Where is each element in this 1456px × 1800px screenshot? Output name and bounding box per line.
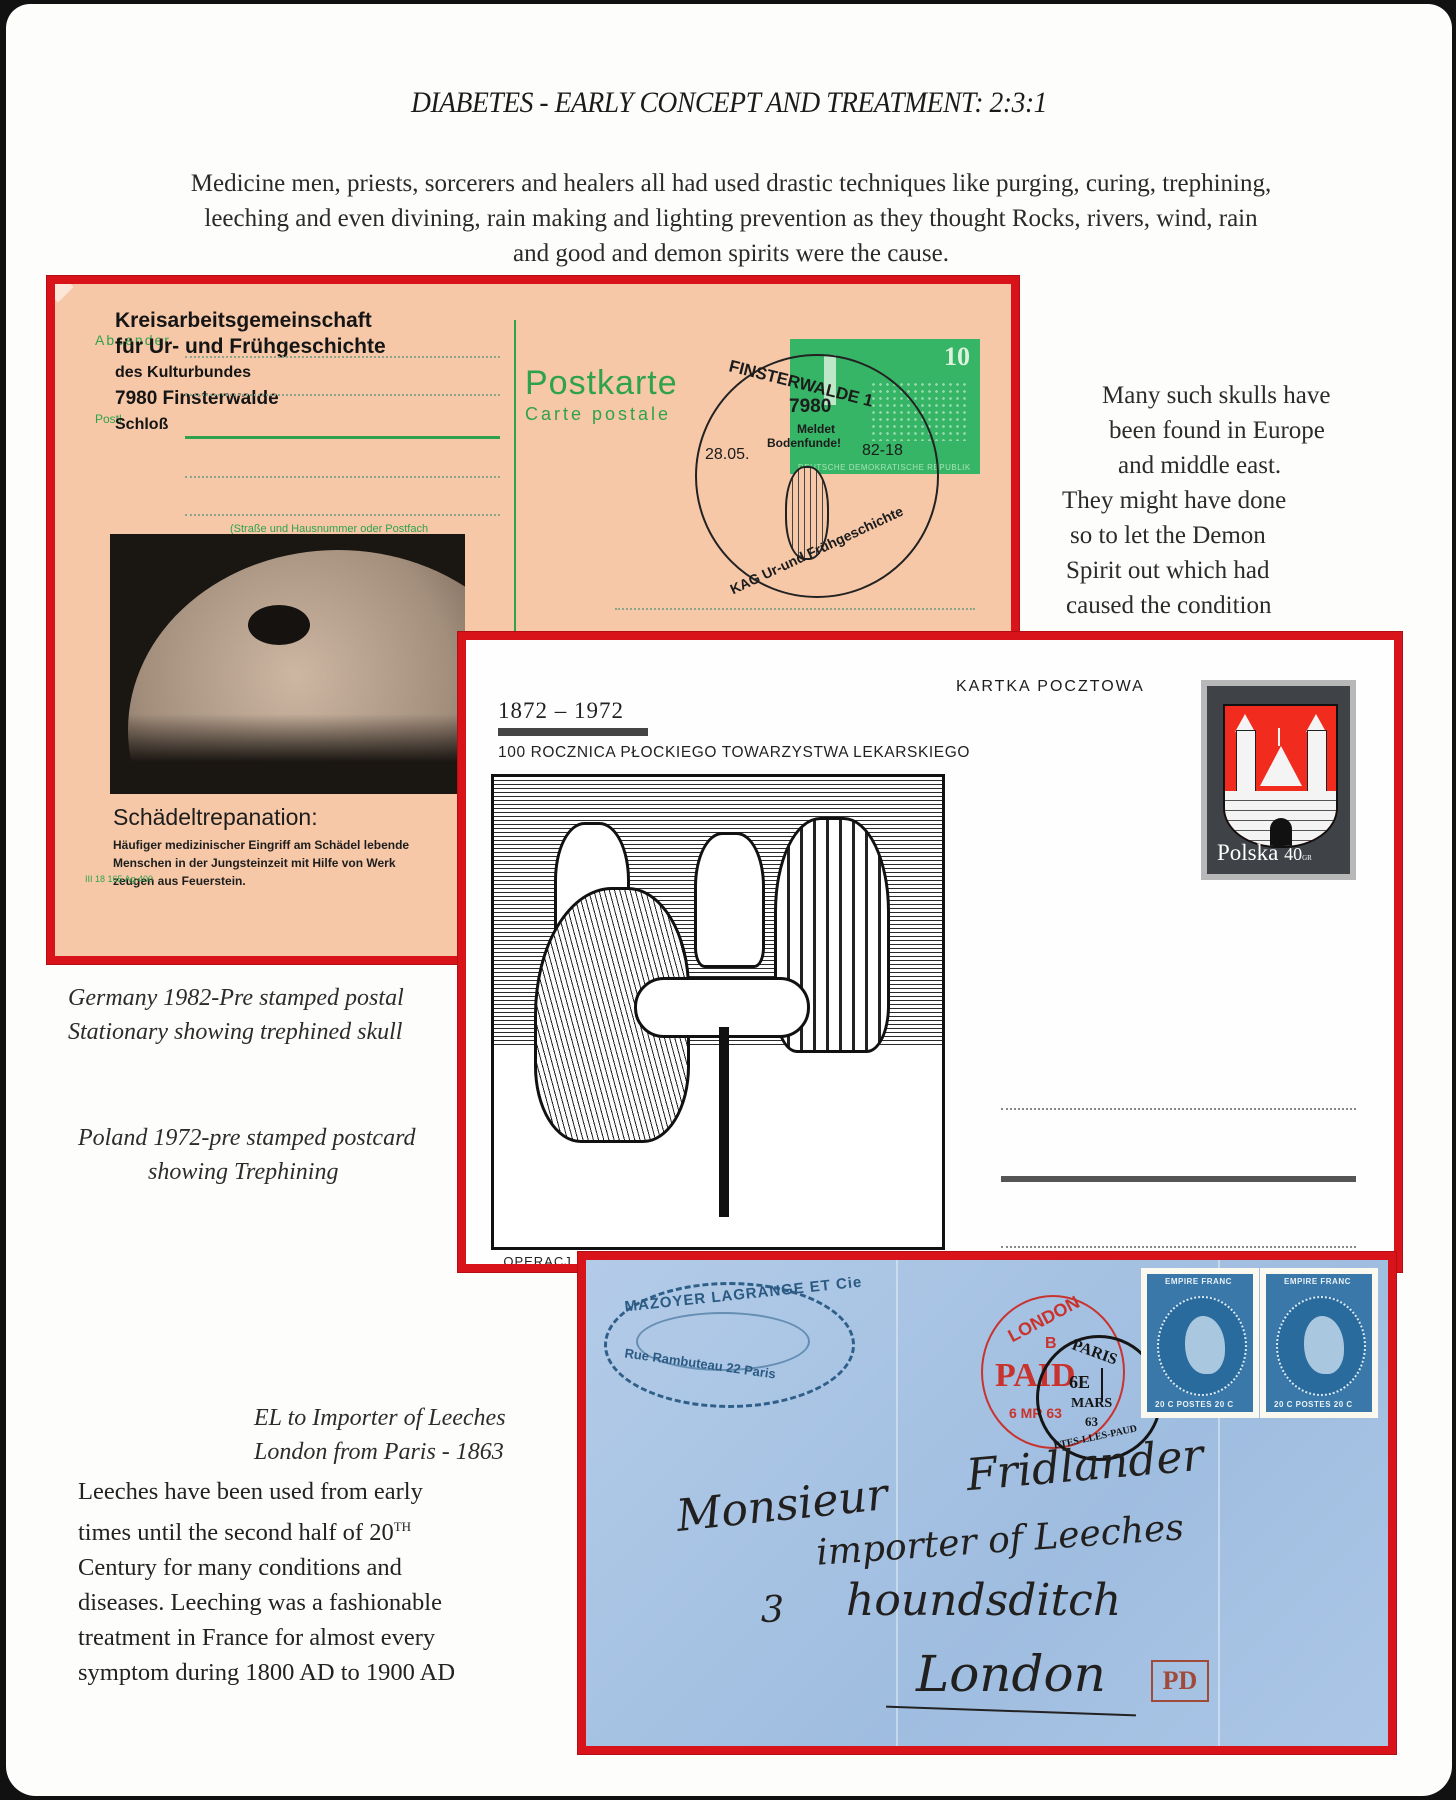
address-line xyxy=(185,356,500,358)
napoleon-stamp: EMPIRE FRANC 20 C POSTES 20 C xyxy=(1141,1268,1259,1418)
paris-cancel-time: 6E xyxy=(1069,1372,1090,1393)
intro-paragraph: Medicine men, priests, sorcerers and hea… xyxy=(66,166,1396,271)
desc-line: Häufiger medizinischer Eingriff am Schäd… xyxy=(113,836,409,854)
skull-shadow xyxy=(110,714,465,794)
address-line xyxy=(1001,1246,1356,1248)
leech-paragraph: Leeches have been used from early times … xyxy=(78,1474,558,1690)
portrait-icon xyxy=(1304,1316,1344,1374)
leech-line: treatment in France for almost every xyxy=(78,1620,558,1655)
caption-poland: Poland 1972-pre stamped postcard showing… xyxy=(78,1121,416,1189)
stamp-background: Polska 40GR xyxy=(1207,686,1350,874)
polska-stamp: Polska 40GR xyxy=(1201,680,1356,880)
stamp-unit: GR xyxy=(1302,854,1312,862)
caption-line: Poland 1972-pre stamped postcard xyxy=(78,1121,416,1155)
zip-underline xyxy=(185,436,500,439)
superscript: TH xyxy=(394,1519,411,1534)
intro-line: and good and demon spirits were the caus… xyxy=(66,236,1396,271)
caption-cover: EL to Importer of Leeches London from Pa… xyxy=(254,1401,506,1469)
side-note-line: Spirit out which had xyxy=(1046,553,1406,588)
address-line xyxy=(185,394,500,396)
polish-postcard-mount: 1872 – 1972 100 ROCZNICA PŁOCKIEGO TOWAR… xyxy=(458,632,1402,1272)
side-note-line: caused the condition xyxy=(1046,588,1406,623)
caption-line: London from Paris - 1863 xyxy=(254,1435,506,1469)
stamp-bottom-label: 20 C POSTES 20 C xyxy=(1155,1400,1234,1409)
leech-line-text: times until the second half of 20 xyxy=(78,1519,394,1546)
pd-mark: PD xyxy=(1151,1660,1209,1702)
anniversary-subtitle: 100 ROCZNICA PŁOCKIEGO TOWARZYSTWA LEKAR… xyxy=(498,744,970,762)
stamp-frame: EMPIRE FRANC 20 C POSTES 20 C xyxy=(1266,1274,1372,1412)
fold-line xyxy=(896,1260,898,1746)
assistant-figure xyxy=(694,832,765,968)
sender-line: des Kulturbundes xyxy=(115,360,386,386)
postkarte-label: Postkarte xyxy=(525,364,678,403)
stamp-country: Polska 40GR xyxy=(1217,840,1312,866)
stamp-bottom-label: 20 C POSTES 20 C xyxy=(1274,1400,1353,1409)
gable-icon xyxy=(1260,746,1302,786)
red-cancel-letter: B xyxy=(1045,1335,1057,1353)
red-cancel-top: LONDON xyxy=(1005,1292,1084,1347)
stamp-value: 40 xyxy=(1284,844,1302,864)
french-cover[interactable]: MAZOYER LAGRANGE ET Cie Rue Rambuteau 22… xyxy=(586,1260,1388,1746)
table-leg xyxy=(719,1027,729,1217)
side-note-line: been found in Europe xyxy=(1046,413,1406,448)
stamp-frame: EMPIRE FRANC 20 C POSTES 20 C xyxy=(1147,1274,1253,1412)
address-street: houndsditch xyxy=(846,1575,1121,1626)
stamp-top-label: EMPIRE FRANC xyxy=(1165,1277,1232,1286)
coat-of-arms-icon xyxy=(1223,704,1338,848)
portrait-icon xyxy=(1185,1316,1225,1374)
intro-line: Medicine men, priests, sorcerers and hea… xyxy=(66,166,1396,201)
caption-germany: Germany 1982-Pre stamped postal Stationa… xyxy=(68,981,404,1049)
side-note-line: so to let the Demon xyxy=(1046,518,1406,553)
mount-corner xyxy=(55,284,74,303)
anniversary-years: 1872 – 1972 xyxy=(498,698,624,724)
leech-line: Century for many conditions and xyxy=(78,1550,558,1585)
french-cover-mount: MAZOYER LAGRANGE ET Cie Rue Rambuteau 22… xyxy=(578,1252,1396,1754)
photo-description: Häufiger medizinischer Eingriff am Schäd… xyxy=(113,836,409,890)
paris-cancel-town: PARIS xyxy=(1069,1337,1119,1370)
years-bar xyxy=(498,728,648,736)
side-note-line: They might have done xyxy=(1046,483,1406,518)
address-line xyxy=(1001,1108,1356,1110)
leech-line: symptom during 1800 AD to 1900 AD xyxy=(78,1655,558,1690)
postmark-slogan: Meldet xyxy=(797,422,835,436)
side-note: Many such skulls have been found in Euro… xyxy=(1046,378,1406,623)
carte-postale-label: Carte postale xyxy=(525,404,671,425)
address-line xyxy=(185,514,500,516)
illustration-caption: „OPERACJ xyxy=(498,1254,572,1264)
desc-line: Menschen in der Jungsteinzeit mit Hilfe … xyxy=(113,854,409,872)
postmark-date: 28.05. xyxy=(705,446,749,464)
kartka-pocztowa-label: KARTKA POCZTOWA xyxy=(956,678,1145,696)
address-line xyxy=(185,476,500,478)
page-title: DIABETES - EARLY CONCEPT AND TREATMENT: … xyxy=(64,86,1394,120)
caption-line: Stationary showing trephined skull xyxy=(68,1015,404,1049)
cross-icon xyxy=(1278,728,1280,746)
skull-photo xyxy=(110,534,465,794)
portrait-medallion xyxy=(1157,1296,1247,1396)
sender-line: Kreisarbeitsgemeinschaft xyxy=(115,308,386,334)
stamp-top-label: EMPIRE FRANC xyxy=(1284,1277,1351,1286)
address-city: London xyxy=(916,1645,1106,1703)
sender-line: Schloß xyxy=(115,412,386,438)
paris-cancel-year: 63 xyxy=(1085,1414,1098,1430)
sender-address: Kreisarbeitsgemeinschaft für Ur- und Frü… xyxy=(115,308,386,438)
caption-line: showing Trephining xyxy=(78,1155,416,1189)
stamp-value: 10 xyxy=(944,342,970,372)
address-line xyxy=(615,608,975,610)
napoleon-stamp: EMPIRE FRANC 20 C POSTES 20 C xyxy=(1260,1268,1378,1418)
leech-line: times until the second half of 20TH xyxy=(78,1509,558,1550)
postmark-year: 82-18 xyxy=(862,442,903,460)
print-code: III 18 165 Ag 400 xyxy=(85,874,153,884)
stamp-country-name: Polska xyxy=(1217,840,1278,865)
trephine-hole xyxy=(248,605,310,645)
caption-line: EL to Importer of Leeches xyxy=(254,1401,506,1435)
exhibit-page: DIABETES - EARLY CONCEPT AND TREATMENT: … xyxy=(6,4,1452,1796)
polish-postcard[interactable]: 1872 – 1972 100 ROCZNICA PŁOCKIEGO TOWAR… xyxy=(466,640,1394,1264)
postmark-slogan: Bodenfunde! xyxy=(767,436,841,450)
address-number: 3 xyxy=(761,1590,784,1631)
side-note-line: and middle east. xyxy=(1046,448,1406,483)
address-underline xyxy=(886,1706,1136,1717)
paris-cancel-month: MARS xyxy=(1071,1396,1112,1412)
address-line-thick xyxy=(1001,1176,1356,1182)
leech-line: diseases. Leeching was a fashionable xyxy=(78,1585,558,1620)
leech-line: Leeches have been used from early xyxy=(78,1474,558,1509)
postmark-cancel: FINSTERWALDE 1 7980 Meldet Bodenfunde! 2… xyxy=(695,354,939,598)
caption-line: Germany 1982-Pre stamped postal xyxy=(68,981,404,1015)
trephining-woodcut xyxy=(491,774,945,1250)
portrait-medallion xyxy=(1276,1296,1366,1396)
intro-line: leeching and even divining, rain making … xyxy=(66,201,1396,236)
sender-line: 7980 Finsterwalde xyxy=(115,386,386,412)
photo-title: Schädeltrepanation: xyxy=(113,804,318,831)
side-note-line: Many such skulls have xyxy=(1046,378,1406,413)
desc-line: zeugen aus Feuerstein. xyxy=(113,872,409,890)
postmark-zip: 7980 xyxy=(789,396,831,418)
address-name: Fridlander xyxy=(964,1430,1205,1502)
